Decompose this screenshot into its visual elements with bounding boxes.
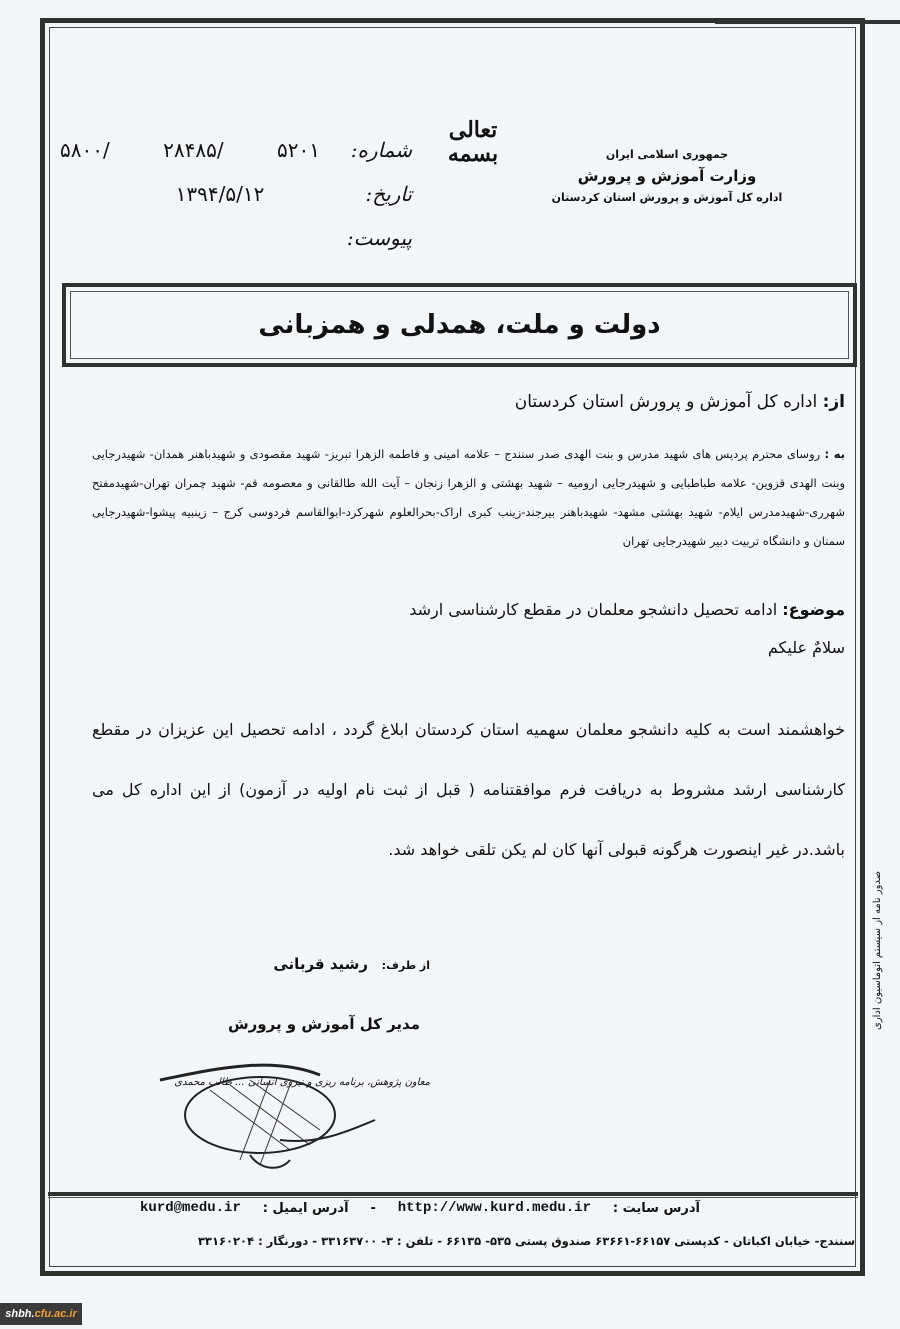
email-address: kurd@medu.ir — [140, 1200, 241, 1216]
footer-rule — [48, 1192, 858, 1196]
site-url: http://www.kurd.medu.ir — [398, 1200, 591, 1216]
to-value: روسای محترم پردیس های شهید مدرس و بنت ال… — [92, 447, 845, 548]
watermark-part1: shbh. — [5, 1308, 34, 1320]
letter-body: خواهشمند است به کلیه دانشجو معلمان سهمیه… — [92, 700, 845, 880]
ministry-name: وزارت آموزش و پرورش — [522, 167, 812, 185]
subject-line: موضوع: ادامه تحصیل دانشجو معلمان در مقطع… — [92, 600, 845, 619]
date-label: تاریخ: — [322, 172, 412, 216]
footer-rule-thin — [48, 1197, 858, 1198]
email-label: آدرس ایمیل : — [263, 1201, 349, 1216]
signature-seal-icon — [150, 1060, 380, 1180]
from-value: اداره کل آموزش و پرورش استان کردستان — [515, 392, 817, 412]
letter-number: ۵۸۰۰/ ۲۸۴۸۵/ ۵۲۰۱ — [60, 128, 320, 172]
automation-system-note: صدور نامه از سیستم اتوماسیون اداری — [872, 820, 892, 1080]
site-label: آدرس سایت : — [613, 1201, 700, 1216]
slogan-box-inner: دولت و ملت، همدلی و همزبانی — [70, 291, 849, 359]
number-label: شماره: — [322, 128, 412, 172]
letter-number-part: ۵۲۰۱ — [277, 128, 320, 172]
basmala-calligraphy: تعالی بسمه — [428, 118, 518, 166]
to-label: به : — [824, 447, 845, 461]
letter-date: ۱۳۹۴/۵/۱۲ — [60, 172, 320, 216]
letter-number-part: ۵۸۰۰/ — [60, 128, 110, 172]
basmala-bottom: بسمه — [428, 142, 518, 166]
slogan-text: دولت و ملت، همدلی و همزبانی — [258, 310, 660, 340]
signatory-name: رشید قربانی — [273, 955, 368, 973]
letter-meta-labels: شماره: تاریخ: پیوست: — [322, 128, 412, 260]
from-line: از: اداره کل آموزش و پرورش استان کردستان — [92, 392, 845, 412]
attachment-label: پیوست: — [322, 216, 412, 260]
subject-label: موضوع: — [782, 600, 845, 619]
footer-separator: - — [370, 1201, 375, 1216]
basmala-top: تعالی — [428, 118, 518, 142]
watermark-part2: cfu.ac.ir — [35, 1308, 77, 1320]
country-name: جمهوری اسلامی ایران — [522, 148, 812, 161]
subject-value: ادامه تحصیل دانشجو معلمان در مقطع کارشنا… — [409, 600, 777, 619]
on-behalf-label: از طرف: — [382, 959, 430, 972]
letterhead: جمهوری اسلامی ایران وزارت آموزش و پرورش … — [522, 148, 812, 204]
letter-meta-values: ۵۸۰۰/ ۲۸۴۸۵/ ۵۲۰۱ ۱۳۹۴/۵/۱۲ — [60, 128, 320, 216]
slogan-box: دولت و ملت، همدلی و همزبانی — [62, 283, 857, 367]
letter-number-part: ۲۸۴۸۵/ — [163, 128, 223, 172]
from-label: از: — [823, 392, 845, 412]
frame-top-rule — [715, 20, 900, 24]
recipients-block: به : روسای محترم پردیس های شهید مدرس و ب… — [92, 440, 845, 556]
site-watermark: shbh.cfu.ac.ir — [0, 1303, 82, 1325]
footer-contact-row: آدرس سایت : http://www.kurd.medu.ir - آد… — [140, 1200, 700, 1216]
greeting: سلامٌ علیکم — [92, 638, 845, 657]
footer-address: سنندج- خیابان اکباتان - کدپستی ۶۶۱۵۷-۶۳۶… — [75, 1234, 855, 1248]
signatory-title: مدیر کل آموزش و پرورش — [228, 1015, 420, 1033]
department-name: اداره کل آموزش و پرورش استان کردستان — [522, 191, 812, 204]
